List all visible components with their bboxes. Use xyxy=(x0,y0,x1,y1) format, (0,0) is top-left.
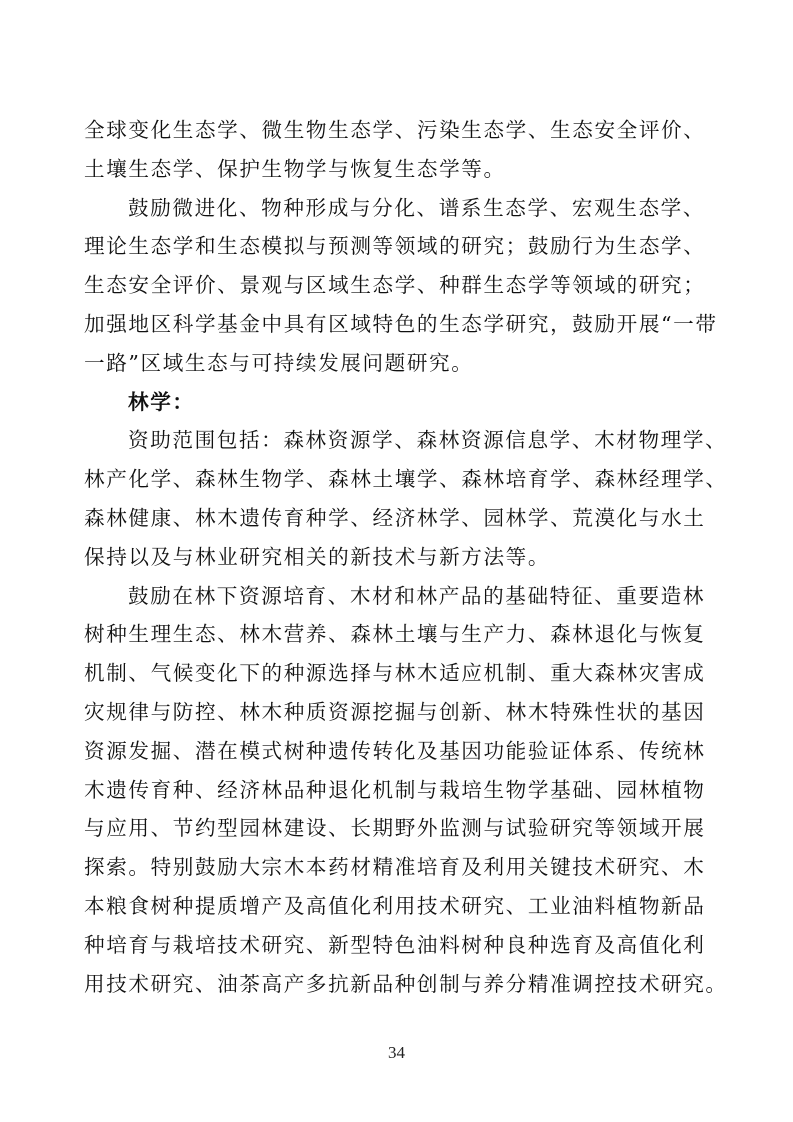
text-line: 全球变化生态学、微生物生态学、污染生态学、生态安全评价、 xyxy=(84,117,708,156)
text-line: 森林健康、林木遗传育种学、经济林学、园林学、荒漠化与水土 xyxy=(84,505,708,544)
text-line: 探索。特别鼓励大宗木本药材精准培育及利用关键技术研究、木 xyxy=(84,854,708,893)
page-number: 34 xyxy=(0,1043,793,1063)
document-body: 全球变化生态学、微生物生态学、污染生态学、生态安全评价、 土壤生态学、保护生物学… xyxy=(84,117,708,1009)
text-line: 生态安全评价、景观与区域生态学、种群生态学等领域的研究； xyxy=(84,272,708,311)
text-line: 加强地区科学基金中具有区域特色的生态学研究，鼓励开展“一带 xyxy=(84,311,708,350)
text-line: 林产化学、森林生物学、森林土壤学、森林培育学、森林经理学、 xyxy=(84,466,708,505)
text-line: 用技术研究、油茶高产多抗新品种创制与养分精准调控技术研究。 xyxy=(84,971,708,1010)
text-line: 与应用、节约型园林建设、长期野外监测与试验研究等领域开展 xyxy=(84,815,708,854)
text-line: 机制、气候变化下的种源选择与林木适应机制、重大森林灾害成 xyxy=(84,660,708,699)
text-line: 灾规律与防控、林木种质资源挖掘与创新、林木特殊性状的基因 xyxy=(84,699,708,738)
text-line: 理论生态学和生态模拟与预测等领域的研究；鼓励行为生态学、 xyxy=(84,233,708,272)
text-line: 鼓励在林下资源培育、木材和林产品的基础特征、重要造林 xyxy=(84,583,708,622)
text-line: 一路”区域生态与可持续发展问题研究。 xyxy=(84,350,708,389)
text-line: 木遗传育种、经济林品种退化机制与栽培生物学基础、园林植物 xyxy=(84,777,708,816)
text-line: 种培育与栽培技术研究、新型特色油料树种良种选育及高值化利 xyxy=(84,932,708,971)
text-line: 树种生理生态、林木营养、森林土壤与生产力、森林退化与恢复 xyxy=(84,621,708,660)
text-line: 资源发掘、潜在模式树种遗传转化及基因功能验证体系、传统林 xyxy=(84,738,708,777)
text-line: 本粮食树种提质增产及高值化利用技术研究、工业油料植物新品 xyxy=(84,893,708,932)
text-line: 保持以及与林业研究相关的新技术与新方法等。 xyxy=(84,544,708,583)
text-line: 资助范围包括：森林资源学、森林资源信息学、木材物理学、 xyxy=(84,427,708,466)
section-heading-forestry: 林学： xyxy=(84,389,708,428)
text-line: 鼓励微进化、物种形成与分化、谱系生态学、宏观生态学、 xyxy=(84,195,708,234)
text-line: 土壤生态学、保护生物学与恢复生态学等。 xyxy=(84,156,708,195)
